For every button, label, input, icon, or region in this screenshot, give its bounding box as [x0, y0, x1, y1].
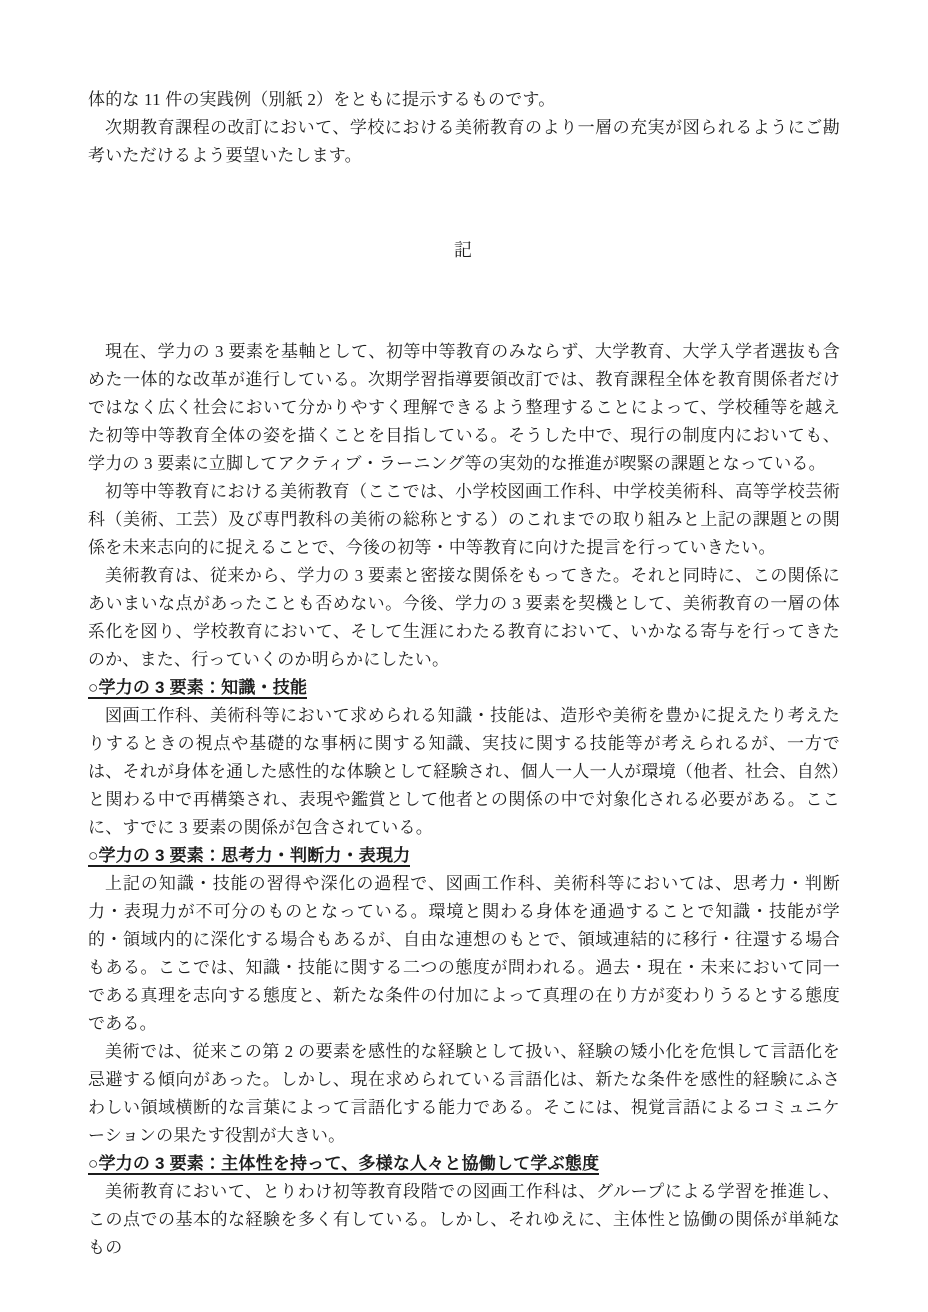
paragraph-knowledge-skills: 図画工作科、美術科等において求められる知識・技能は、造形や美術を豊かに捉えたり考…: [88, 702, 840, 842]
intro-continuation-line: 体的な 11 件の実践例（別紙 2）をともに提示するものです。: [88, 86, 840, 114]
paragraph-reform-overview: 現在、学力の 3 要素を基軸として、初等中等教育のみならず、大学教育、大学入学者…: [88, 338, 840, 478]
paragraph-art-education-relation: 美術教育は、従来から、学力の 3 要素と密接な関係をもってきた。それと同時に、こ…: [88, 562, 840, 674]
paragraph-thinking-judgment-expression-1: 上記の知識・技能の習得や深化の過程で、図画工作科、美術科等においては、思考力・判…: [88, 870, 840, 1038]
memo-marker-heading: 記: [88, 236, 840, 264]
section-heading-thinking-judgment-expression: ○学力の 3 要素：思考力・判断力・表現力: [88, 842, 840, 870]
paragraph-art-education-scope: 初等中等教育における美術教育（ここでは、小学校図画工作科、中学校美術科、高等学校…: [88, 478, 840, 562]
paragraph-thinking-judgment-expression-2: 美術では、従来この第 2 の要素を感性的な経験として扱い、経験の矮小化を危惧して…: [88, 1038, 840, 1150]
section-heading-thinking-judgment-expression-text: ○学力の 3 要素：思考力・判断力・表現力: [88, 846, 410, 867]
section-heading-independence-collaboration: ○学力の 3 要素：主体性を持って、多様な人々と協働して学ぶ態度: [88, 1150, 840, 1178]
document-body: 現在、学力の 3 要素を基軸として、初等中等教育のみならず、大学教育、大学入学者…: [88, 338, 840, 1262]
section-heading-knowledge-skills: ○学力の 3 要素：知識・技能: [88, 674, 840, 702]
section-heading-knowledge-skills-text: ○学力の 3 要素：知識・技能: [88, 678, 307, 699]
intro-request-paragraph: 次期教育課程の改訂において、学校における美術教育のより一層の充実が図られるように…: [88, 114, 840, 170]
intro-block: 体的な 11 件の実践例（別紙 2）をともに提示するものです。 次期教育課程の改…: [88, 86, 840, 170]
document-page: 体的な 11 件の実践例（別紙 2）をともに提示するものです。 次期教育課程の改…: [0, 0, 928, 1312]
section-heading-independence-collaboration-text: ○学力の 3 要素：主体性を持って、多様な人々と協働して学ぶ態度: [88, 1154, 599, 1175]
paragraph-independence-collaboration: 美術教育において、とりわけ初等教育段階での図画工作科は、グループによる学習を推進…: [88, 1178, 840, 1262]
